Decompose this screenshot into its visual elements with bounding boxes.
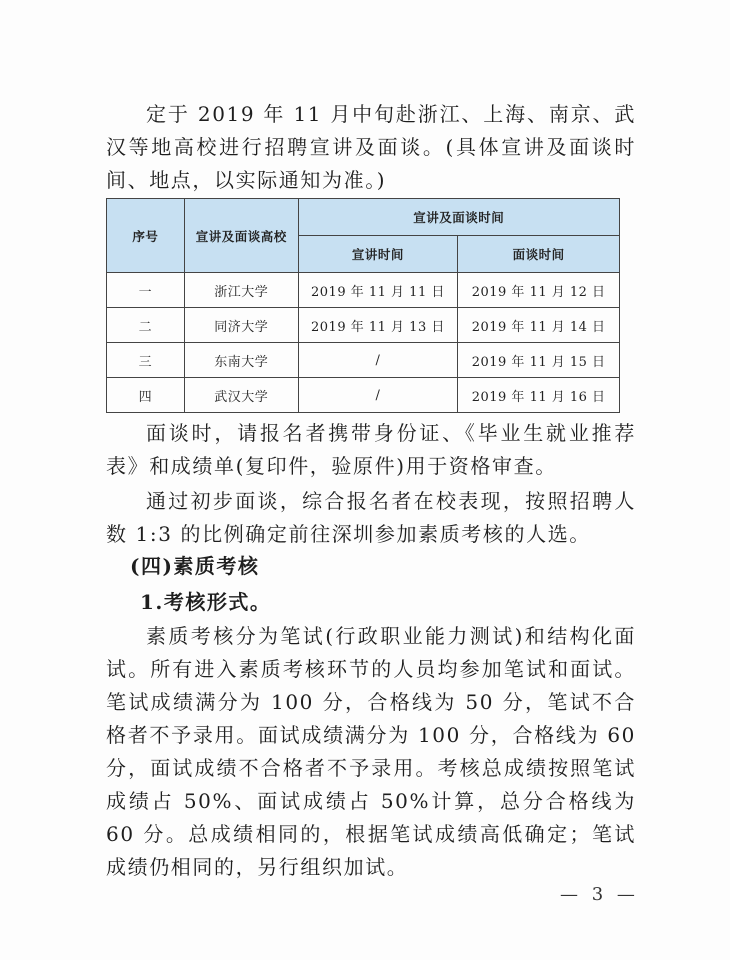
page-number: — 3 —: [560, 884, 639, 905]
intro-paragraph: 定于 2019 年 11 月中旬赴浙江、上海、南京、武汉等地高校进行招聘宣讲及面…: [106, 98, 636, 197]
header-school: 宣讲及面谈高校: [184, 199, 298, 273]
cell-presentation-time: 2019 年 11 月 11 日: [298, 273, 458, 308]
interview-docs-paragraph: 面谈时，请报名者携带身份证、《毕业生就业推荐表》和成绩单(复印件，验原件)用于资…: [106, 417, 636, 483]
table-row: 二 同济大学 2019 年 11 月 13 日 2019 年 11 月 14 日: [107, 308, 620, 343]
subsection-heading: 1.考核形式。: [140, 587, 271, 617]
section-heading: (四)素质考核: [130, 551, 259, 581]
selection-paragraph: 通过初步面谈，综合报名者在校表现，按照招聘人数 1:3 的比例确定前往深圳参加素…: [106, 485, 636, 551]
cell-index: 二: [107, 308, 185, 343]
table-row: 一 浙江大学 2019 年 11 月 11 日 2019 年 11 月 12 日: [107, 273, 620, 308]
cell-school: 武汉大学: [184, 378, 298, 413]
header-time-group: 宣讲及面谈时间: [298, 199, 619, 236]
cell-school: 东南大学: [184, 343, 298, 378]
cell-presentation-time: /: [298, 343, 458, 378]
header-index: 序号: [107, 199, 185, 273]
cell-interview-time: 2019 年 11 月 15 日: [458, 343, 620, 378]
cell-presentation-time: 2019 年 11 月 13 日: [298, 308, 458, 343]
header-presentation-time: 宣讲时间: [298, 236, 458, 273]
cell-school: 浙江大学: [184, 273, 298, 308]
cell-interview-time: 2019 年 11 月 16 日: [458, 378, 620, 413]
cell-interview-time: 2019 年 11 月 14 日: [458, 308, 620, 343]
table-row: 三 东南大学 / 2019 年 11 月 15 日: [107, 343, 620, 378]
cell-index: 四: [107, 378, 185, 413]
cell-presentation-time: /: [298, 378, 458, 413]
schedule-table: 序号 宣讲及面谈高校 宣讲及面谈时间 宣讲时间 面谈时间 一 浙江大学 2019…: [106, 198, 620, 413]
cell-index: 一: [107, 273, 185, 308]
document-page: 定于 2019 年 11 月中旬赴浙江、上海、南京、武汉等地高校进行招聘宣讲及面…: [0, 0, 730, 960]
header-interview-time: 面谈时间: [458, 236, 620, 273]
cell-index: 三: [107, 343, 185, 378]
cell-interview-time: 2019 年 11 月 12 日: [458, 273, 620, 308]
assessment-paragraph: 素质考核分为笔试(行政职业能力测试)和结构化面试。所有进入素质考核环节的人员均参…: [106, 620, 636, 884]
cell-school: 同济大学: [184, 308, 298, 343]
table-row: 四 武汉大学 / 2019 年 11 月 16 日: [107, 378, 620, 413]
table-header-row: 序号 宣讲及面谈高校 宣讲及面谈时间: [107, 199, 620, 236]
